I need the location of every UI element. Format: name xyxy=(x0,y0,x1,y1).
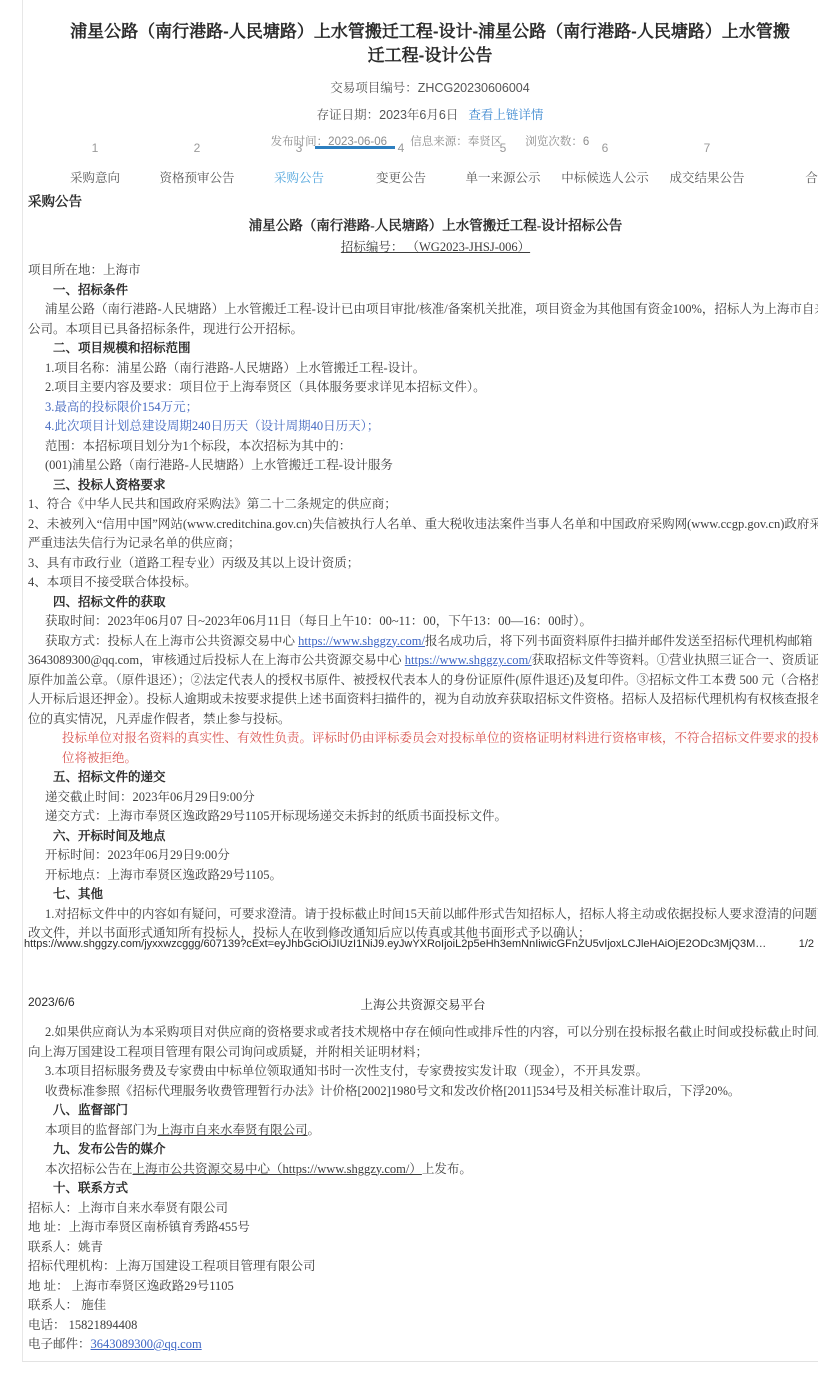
section-heading: 四、招标文件的获取 xyxy=(28,593,818,613)
paragraph: 本项目的监督部门为上海市自来水奉贤有限公司。 xyxy=(28,1121,818,1141)
text-run: 开标地点：上海市奉贤区逸政路29号1105。 xyxy=(45,868,282,882)
text-run: 项目所在地：上海市 xyxy=(28,263,141,277)
text-run: 获取方式：投标人在上海市公共资源交易中心 xyxy=(45,634,298,648)
paragraph: 投标单位对报名资料的真实性、有效性负责。评标时仍由评标委员会对投标单位的资格证明… xyxy=(28,729,818,768)
paragraph: 范围：本招标项目划分为1个标段，本次招标为其中的： xyxy=(28,437,818,457)
text-run: 二、项目规模和招标范围 xyxy=(53,341,191,355)
paragraph: 递交方式：上海市奉贤区逸政路29号1105开标现场递交未拆封的纸质书面投标文件。 xyxy=(28,807,818,827)
tender-document-title: 浦星公路（南行港路-人民塘路）上水管搬迁工程-设计招标公告 xyxy=(28,214,818,234)
inline-link[interactable]: https://www.shggzy.com/ xyxy=(405,653,532,667)
text-run: 范围：本招标项目划分为1个标段，本次招标为其中的： xyxy=(45,439,351,453)
section-heading: 九、发布公告的媒介 xyxy=(28,1140,818,1160)
notice-document-page2: 2023/6/6 上海公共资源交易平台 2.如果供应商认为本采购项目对供应商的资… xyxy=(28,995,818,1355)
paragraph: 2.项目主要内容及要求：项目位于上海奉贤区（具体服务要求详见本招标文件）。 xyxy=(28,378,818,398)
deposit-date: 存证日期：2023年6月6日 xyxy=(317,108,459,122)
text-run: 四、招标文件的获取 xyxy=(53,595,166,609)
announcement-header: 浦星公路（南行港路-人民塘路）上水管搬迁工程-设计-浦星公路（南行港路-人民塘路… xyxy=(0,20,818,149)
paragraph: 地 址：上海市奉贤区南桥镇育秀路455号 xyxy=(28,1218,818,1238)
section-heading: 一、招标条件 xyxy=(28,281,818,301)
paragraph: 联系人：姚青 xyxy=(28,1238,818,1258)
text-run: 开标时间：2023年06月29日9:00分 xyxy=(45,848,230,862)
procurement-step-indicator: 1 采购意向 2 资格预审公告 3 采购公告 4 变更公告 5 单一来源公示 6… xyxy=(44,141,818,196)
paragraph: 1.项目名称：浦星公路（南行港路-人民塘路）上水管搬迁工程-设计。 xyxy=(28,359,818,379)
inline-link[interactable]: 3643089300@qq.com xyxy=(91,1337,202,1351)
text-run: 4.此次项目计划总建设周期240日历天（设计周期40日历天）； xyxy=(45,419,379,433)
paragraph: 地 址： 上海市奉贤区逸政路29号1105 xyxy=(28,1277,818,1297)
paragraph: 联系人： 施佳 xyxy=(28,1296,818,1316)
paragraph: 3.最高的投标限价154万元； xyxy=(28,398,818,418)
deposit-date-row: 存证日期：2023年6月6日查看上链详情 xyxy=(0,105,818,123)
text-run: 电话： 15821894408 xyxy=(28,1318,137,1332)
text-run: 七、其他 xyxy=(53,887,103,901)
paragraph: 招标代理机构：上海万国建设工程项目管理有限公司 xyxy=(28,1257,818,1277)
section-heading: 三、投标人资格要求 xyxy=(28,476,818,496)
text-run: 1、符合《中华人民共和国政府采购法》第二十二条规定的供应商； xyxy=(28,497,397,511)
text-run: 电子邮件： xyxy=(28,1337,91,1351)
text-run: 4、本项目不接受联合体投标。 xyxy=(28,575,197,589)
paragraph: 收费标准参照《招标代理服务收费管理暂行办法》计价格[2002]1980号文和发改… xyxy=(28,1082,818,1102)
text-run: 浦星公路（南行港路-人民塘路）上水管搬迁工程-设计已由项目审批/核准/备案机关批… xyxy=(28,302,818,336)
step-prequalification-notice[interactable]: 2 资格预审公告 xyxy=(146,141,248,186)
underlined-text: 上海市公共资源交易中心（https://www.shggzy.com/） xyxy=(133,1162,422,1176)
text-run: 十、联系方式 xyxy=(53,1181,128,1195)
print-footer-url: https://www.shggzy.com/jyxxwzcggg/607139… xyxy=(24,938,766,950)
step-contract-notice[interactable]: 8 合同及验收公告 xyxy=(789,141,818,186)
paragraph: 4.此次项目计划总建设周期240日历天（设计周期40日历天）； xyxy=(28,417,818,437)
section-heading: 八、监督部门 xyxy=(28,1101,818,1121)
text-run: 1.项目名称：浦星公路（南行港路-人民塘路）上水管搬迁工程-设计。 xyxy=(45,361,425,375)
text-run: 九、发布公告的媒介 xyxy=(53,1142,166,1156)
paragraph: 浦星公路（南行港路-人民塘路）上水管搬迁工程-设计已由项目审批/核准/备案机关批… xyxy=(28,300,818,339)
text-run: 上发布。 xyxy=(422,1162,472,1176)
text-run: 本项目的监督部门为 xyxy=(45,1123,158,1137)
text-run: 2.项目主要内容及要求：项目位于上海奉贤区（具体服务要求详见本招标文件）。 xyxy=(45,380,486,394)
section-heading: 二、项目规模和招标范围 xyxy=(28,339,818,359)
paragraph: 获取方式：投标人在上海市公共资源交易中心 https://www.shggzy.… xyxy=(28,632,818,730)
text-run: (001)浦星公路（南行港路-人民塘路）上水管搬迁工程-设计服务 xyxy=(45,458,393,472)
text-run: 一、招标条件 xyxy=(53,283,128,297)
project-number: 交易项目编号：ZHCG20230606004 xyxy=(0,78,818,96)
underlined-text: 上海市自来水奉贤有限公司 xyxy=(158,1123,308,1137)
paragraph: 递交截止时间：2023年06月29日9:00分 xyxy=(28,788,818,808)
tender-number: 招标编号： （WG2023-JHSJ-006） xyxy=(28,237,818,255)
text-run: 3、具有市政行业（道路工程专业）丙级及其以上设计资质； xyxy=(28,556,359,570)
print-footer: https://www.shggzy.com/jyxxwzcggg/607139… xyxy=(24,938,814,950)
section-heading: 五、招标文件的递交 xyxy=(28,768,818,788)
section-heading: 七、其他 xyxy=(28,885,818,905)
view-chain-detail-link[interactable]: 查看上链详情 xyxy=(468,108,543,122)
paragraph: 电话： 15821894408 xyxy=(28,1316,818,1336)
text-run: 招标代理机构：上海万国建设工程项目管理有限公司 xyxy=(28,1259,316,1273)
active-step-progress-bar xyxy=(315,146,395,149)
inline-link[interactable]: https://www.shggzy.com/ xyxy=(298,634,425,648)
paragraph: 电子邮件：3643089300@qq.com xyxy=(28,1335,818,1355)
page-title: 浦星公路（南行港路-人民塘路）上水管搬迁工程-设计-浦星公路（南行港路-人民塘路… xyxy=(0,20,818,68)
step-result-notice[interactable]: 7 成交结果公告 xyxy=(656,141,758,186)
paragraph: 4、本项目不接受联合体投标。 xyxy=(28,573,818,593)
paragraph: (001)浦星公路（南行港路-人民塘路）上水管搬迁工程-设计服务 xyxy=(28,456,818,476)
text-run: 1.对招标文件中的内容如有疑问，可要求澄清。请于投标截止时间15天前以邮件形式告… xyxy=(28,907,818,941)
text-run: 。 xyxy=(308,1123,321,1137)
section-label-procurement-notice: 采购公告 xyxy=(28,190,818,210)
paragraph: 3、具有市政行业（道路工程专业）丙级及其以上设计资质； xyxy=(28,554,818,574)
text-run: 五、招标文件的递交 xyxy=(53,770,166,784)
paragraph: 2.如果供应商认为本采购项目对供应商的资格要求或者技术规格中存在倾向性或排斥性的… xyxy=(28,1023,818,1062)
step-purchase-intent[interactable]: 1 采购意向 xyxy=(44,141,146,186)
text-run: 3.最高的投标限价154万元； xyxy=(45,400,198,414)
text-run: 递交方式：上海市奉贤区逸政路29号1105开标现场递交未拆封的纸质书面投标文件。 xyxy=(45,809,507,823)
text-run: 3.本项目招标服务费及专家费由中标单位领取通知书时一次性支付，专家费按实发计取（… xyxy=(45,1064,648,1078)
text-run: 获取时间：2023年06月07 日~2023年06月11日（每日上午10：00~… xyxy=(45,614,592,628)
paragraph: 本次招标公告在上海市公共资源交易中心（https://www.shggzy.co… xyxy=(28,1160,818,1180)
paragraph: 获取时间：2023年06月07 日~2023年06月11日（每日上午10：00~… xyxy=(28,612,818,632)
page-left-border xyxy=(22,0,23,1362)
paragraph: 招标人：上海市自来水奉贤有限公司 xyxy=(28,1199,818,1219)
paragraph: 2、未被列入“信用中国”网站(www.creditchina.gov.cn)失信… xyxy=(28,515,818,554)
page-bottom-border xyxy=(22,1361,818,1362)
text-run: 招标人：上海市自来水奉贤有限公司 xyxy=(28,1201,228,1215)
text-run: 三、投标人资格要求 xyxy=(53,478,166,492)
text-run: 六、开标时间及地点 xyxy=(53,829,166,843)
paragraph: 开标时间：2023年06月29日9:00分 xyxy=(28,846,818,866)
print-page-number: 1/2 xyxy=(799,938,814,950)
notice-document-page1: 采购公告 浦星公路（南行港路-人民塘路）上水管搬迁工程-设计招标公告 招标编号：… xyxy=(28,190,818,944)
print-header-platform: 上海公共资源交易平台 xyxy=(28,995,818,1013)
section-heading: 六、开标时间及地点 xyxy=(28,827,818,847)
text-run: 本次招标公告在 xyxy=(45,1162,133,1176)
step-candidate-publicity[interactable]: 6 中标候选人公示 xyxy=(554,141,656,186)
text-run: 投标单位对报名资料的真实性、有效性负责。评标时仍由评标委员会对投标单位的资格证明… xyxy=(62,731,818,765)
paragraph: 项目所在地：上海市 xyxy=(28,261,818,281)
text-run: 2、未被列入“信用中国”网站(www.creditchina.gov.cn)失信… xyxy=(28,517,818,551)
text-run: 八、监督部门 xyxy=(53,1103,128,1117)
text-run: 联系人： 施佳 xyxy=(28,1298,106,1312)
print-header: 2023/6/6 上海公共资源交易平台 xyxy=(28,995,818,1011)
paragraph: 3.本项目招标服务费及专家费由中标单位领取通知书时一次性支付，专家费按实发计取（… xyxy=(28,1062,818,1082)
paragraph: 开标地点：上海市奉贤区逸政路29号1105。 xyxy=(28,866,818,886)
text-run: 地 址：上海市奉贤区南桥镇育秀路455号 xyxy=(28,1220,250,1234)
text-run: 递交截止时间：2023年06月29日9:00分 xyxy=(45,790,255,804)
text-run: 收费标准参照《招标代理服务收费管理暂行办法》计价格[2002]1980号文和发改… xyxy=(45,1084,740,1098)
section-heading: 十、联系方式 xyxy=(28,1179,818,1199)
text-run: 地 址： 上海市奉贤区逸政路29号1105 xyxy=(28,1279,234,1293)
document-body-page1: 项目所在地：上海市一、招标条件浦星公路（南行港路-人民塘路）上水管搬迁工程-设计… xyxy=(28,261,818,944)
step-single-source[interactable]: 5 单一来源公示 xyxy=(452,141,554,186)
text-run: 2.如果供应商认为本采购项目对供应商的资格要求或者技术规格中存在倾向性或排斥性的… xyxy=(28,1025,818,1059)
text-run: 联系人：姚青 xyxy=(28,1240,103,1254)
document-body-page2: 2.如果供应商认为本采购项目对供应商的资格要求或者技术规格中存在倾向性或排斥性的… xyxy=(28,1023,818,1355)
paragraph: 1、符合《中华人民共和国政府采购法》第二十二条规定的供应商； xyxy=(28,495,818,515)
